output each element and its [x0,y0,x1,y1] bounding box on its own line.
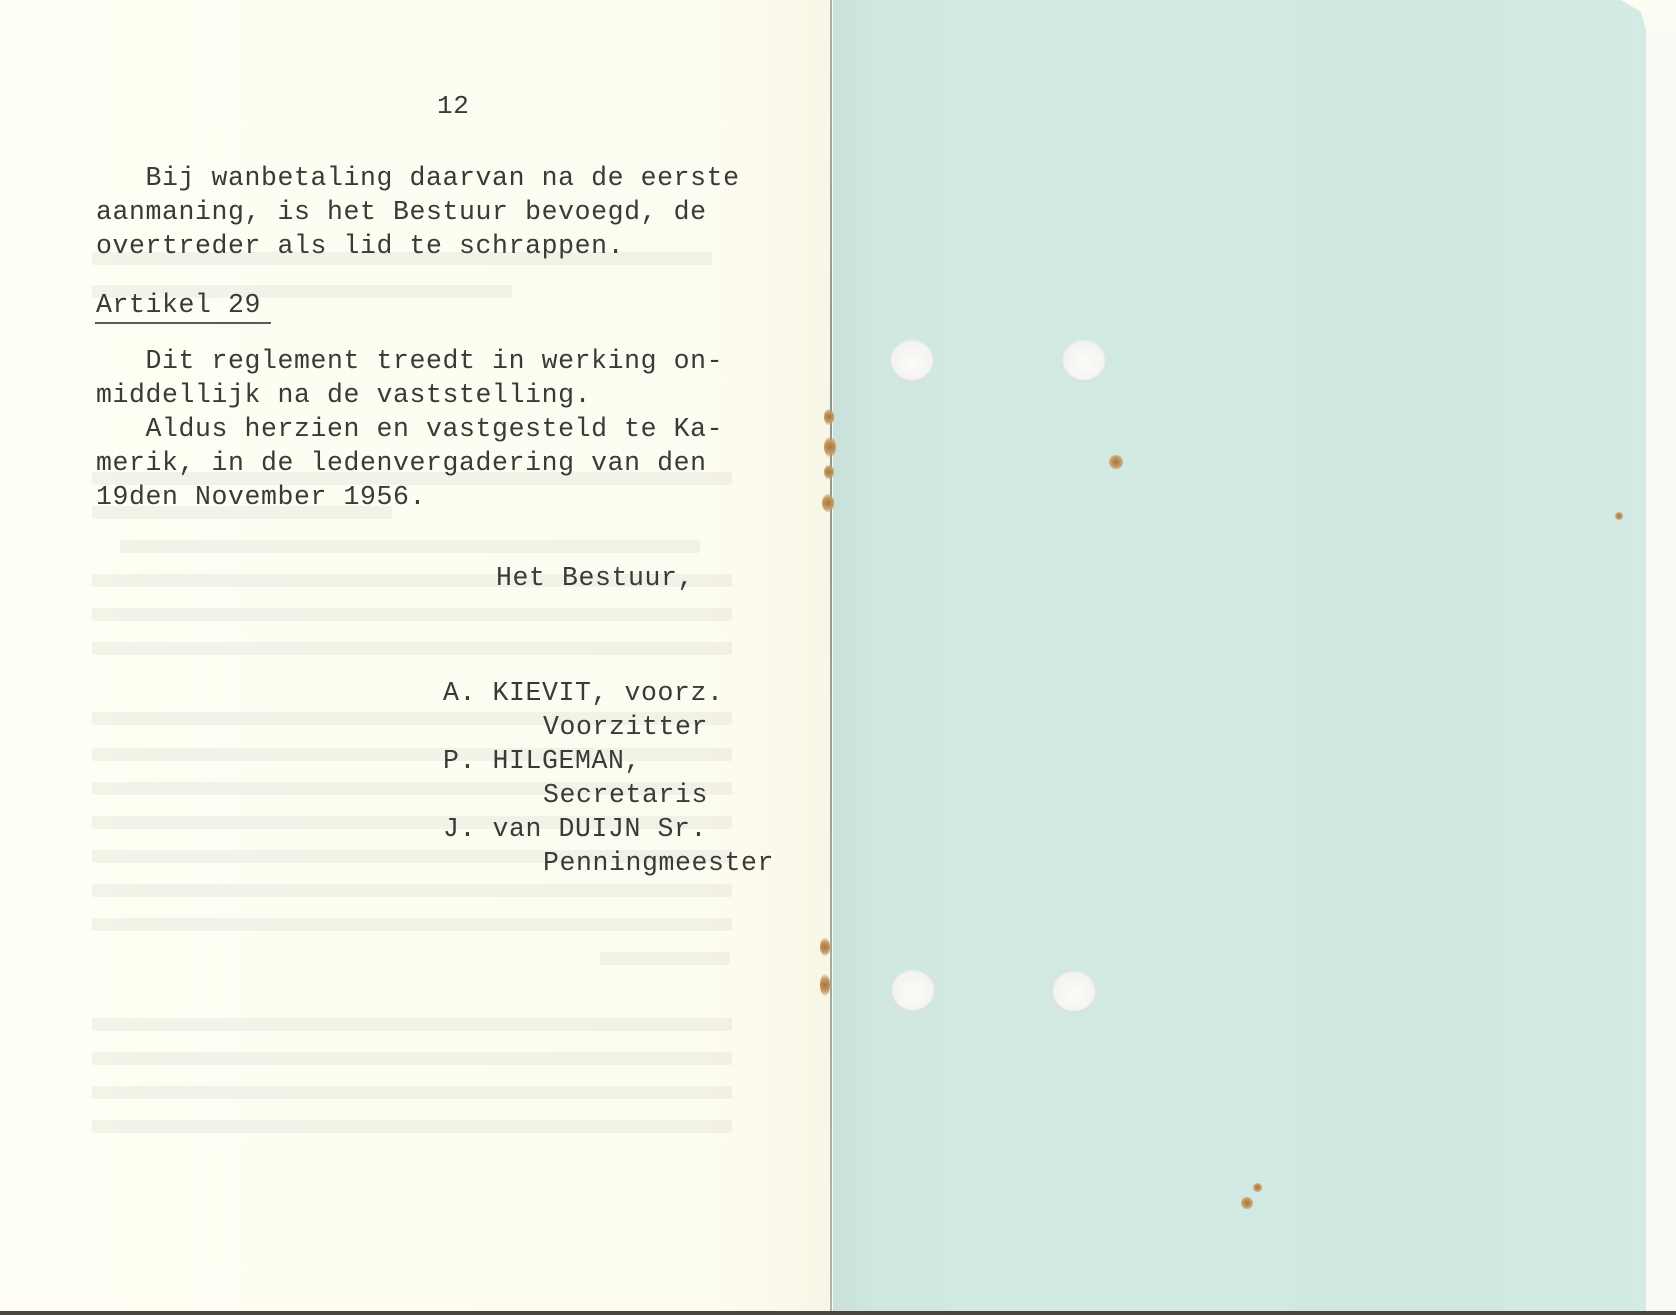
signatory-name: P. HILGEMAN, [443,743,641,779]
show-through-line [92,884,732,897]
show-through-line [92,918,732,931]
show-through-line [600,952,730,965]
signatory-role: Penningmeester [543,845,774,881]
punch-hole [890,340,934,382]
rust-stain [1253,1183,1262,1192]
punch-hole [1052,971,1096,1013]
rust-stain [824,437,836,457]
paragraph-line: 19den November 1956. [96,479,426,515]
show-through-line [120,540,700,553]
signatory-name: J. van DUIJN Sr. [443,811,707,847]
scanned-booklet-spread: 12 Bij wanbetaling daarvan na de eerste … [0,0,1676,1315]
paragraph-line: Dit reglement treedt in werking on- [96,343,723,379]
show-through-line [92,642,732,655]
left-page: 12 Bij wanbetaling daarvan na de eerste … [0,0,832,1312]
binding-spine [830,0,832,1312]
rust-stain [1241,1197,1253,1209]
paragraph-line: overtreder als lid te schrappen. [96,228,624,264]
show-through-line [92,1052,732,1065]
paragraph-line: merik, in de ledenvergadering van den [96,445,707,481]
signatory-role: Voorzitter [543,709,708,745]
paragraph-line: aanmaning, is het Bestuur bevoegd, de [96,194,707,230]
rust-stain [820,938,830,956]
signatory-name: A. KIEVIT, voorz. [443,675,724,711]
paragraph-line: Aldus herzien en vastgesteld te Ka- [96,411,723,447]
paragraph-line: Bij wanbetaling daarvan na de eerste [96,160,740,196]
rust-stain [1109,455,1123,469]
rust-stain [1615,512,1623,520]
right-cover-page [833,0,1663,1312]
rust-stain [824,465,834,479]
scan-margin [1646,30,1676,1312]
page-number: 12 [437,88,469,124]
rust-stain [820,974,830,996]
closing-line: Het Bestuur, [496,560,694,596]
signatory-role: Secretaris [543,777,708,813]
show-through-line [92,1018,732,1031]
show-through-line [92,1120,732,1133]
heading-underline [95,322,271,324]
rust-stain [822,494,834,512]
paragraph-line: middellijk na de vaststelling. [96,377,591,413]
punch-hole [891,970,935,1012]
scanner-edge [0,1311,1676,1315]
show-through-line [92,1086,732,1099]
article-heading: Artikel 29 [96,287,261,323]
show-through-line [92,608,732,621]
rust-stain [824,409,834,425]
punch-hole [1062,340,1106,382]
